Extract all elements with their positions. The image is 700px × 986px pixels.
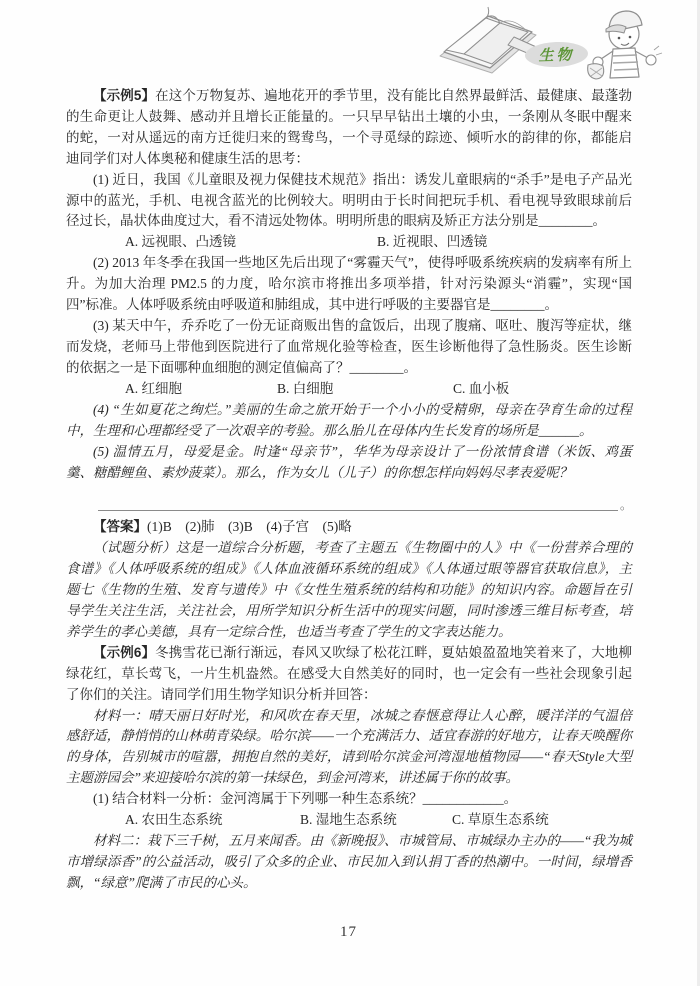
example6-material1: 材料一：晴天丽日好时光，和风吹在春天里，冰城之春惬意得让人心醉，暖洋洋的气温倍感… — [66, 706, 632, 790]
subject-badge-label: 生物 — [538, 43, 575, 65]
option-c: C. 草原生态系统 — [452, 810, 549, 831]
option-b: B. 白细胞 — [277, 379, 333, 400]
example5-answer: 【答案】(1)B (2)肺 (3)B (4)子宫 (5)略 — [66, 517, 632, 538]
page-number: 17 — [0, 924, 697, 941]
blank-underline — [98, 509, 618, 511]
example5-q3-options: A. 红细胞 B. 白细胞 C. 血小板 — [66, 379, 632, 400]
answer-text: (1)B (2)肺 (3)B (4)子宫 (5)略 — [147, 519, 352, 534]
example5-question3: (3) 某天中午，乔乔吃了一份无证商贩出售的盒饭后，出现了腹痛、呕吐、腹泻等症状… — [66, 316, 632, 379]
example5-question5: (5) 温情五月，母爱是金。时逢“母亲节”，华华为母亲设计了一份浓情食谱（米饭、… — [66, 442, 632, 484]
document-page: 生物 【示例5】在这个万物复苏、遍地花开的季节里，没有能比自然界最鲜活、最健康、… — [0, 0, 700, 986]
page-body: 【示例5】在这个万物复苏、遍地花开的季节里，没有能比自然界最鲜活、最健康、最蓬勃… — [66, 86, 632, 894]
example6-question1: (1) 结合材料一分析：金河湾属于下列哪一种生态系统？____________。 — [66, 789, 632, 810]
example5-analysis: （试题分析）这是一道综合分析题，考查了主题五《生物圈中的人》中《一份营养合理的食… — [66, 538, 632, 643]
example6-q1-options: A. 农田生态系统 B. 湿地生态系统 C. 草原生态系统 — [66, 810, 632, 831]
header-illustration: 生物 — [428, 2, 668, 82]
option-c: C. 血小板 — [453, 379, 509, 400]
example5-question4: (4) “生如夏花之绚烂。”美丽的生命之旅开始于一个小小的受精卵，母亲在孕育生命… — [66, 400, 632, 442]
option-b: B. 湿地生态系统 — [300, 810, 397, 831]
example6-intro: 【示例6】冬携雪花已渐行渐远，春风又吹绿了松花江畔，夏姑娘盈盈地笑着来了，大地柳… — [66, 643, 632, 706]
example5-question1: (1) 近日，我国《儿童眼及视力保健技术规范》指出：诱发儿童眼病的“杀手”是电子… — [66, 170, 632, 233]
answer-blank-line: 。 — [98, 495, 632, 515]
option-a: A. 红细胞 — [125, 379, 182, 400]
example5-question2: (2) 2013 年冬季在我国一些地区先后出现了“雾霾天气”，使得呼吸系统疾病的… — [66, 253, 632, 316]
example5-q1-options: A. 远视眼、凸透镜 B. 近视眼、凹透镜 — [66, 232, 632, 253]
example6-material2: 材料二：栽下三千树，五月来闻香。由《新晚报》、市城管局、市城绿办主办的——“我为… — [66, 831, 632, 894]
cartoon-student-icon — [588, 11, 662, 79]
example6-label: 【示例6】 — [93, 645, 155, 660]
answer-label: 【答案】 — [93, 519, 147, 534]
option-a: A. 远视眼、凸透镜 — [125, 232, 236, 253]
option-b: B. 近视眼、凹透镜 — [377, 232, 487, 253]
example5-label: 【示例5】 — [93, 88, 155, 103]
blank-period: 。 — [620, 495, 632, 516]
option-a: A. 农田生态系统 — [125, 810, 223, 831]
example5-intro: 【示例5】在这个万物复苏、遍地花开的季节里，没有能比自然界最鲜活、最健康、最蓬勃… — [66, 86, 632, 170]
